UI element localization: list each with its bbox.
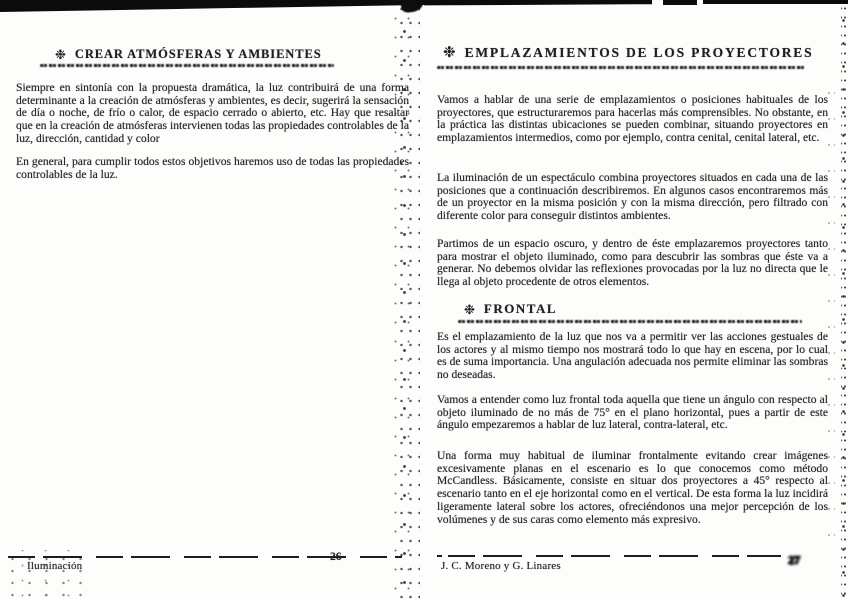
left-page-heading: ❉ CREAR ATMÓSFERAS Y AMBIENTES <box>55 47 322 62</box>
right-page-title: EMPLAZAMIENTOS DE LOS PROYECTORES <box>465 45 814 61</box>
paragraph: Siempre en sintonía con la propuesta dra… <box>16 82 409 146</box>
paragraph: Es el emplazamiento de la luz que nos va… <box>437 331 828 382</box>
frontal-subheading: ❉ FRONTAL <box>464 301 557 317</box>
heading-underline <box>40 64 334 67</box>
right-page-heading: ❉ EMPLAZAMIENTOS DE LOS PROYECTORES <box>443 45 813 61</box>
paragraph: En general, para cumplir todos estos obj… <box>16 156 409 181</box>
heading-underline <box>437 66 805 69</box>
ornament-icon: ❉ <box>443 47 456 60</box>
scan-top-edge <box>0 0 424 13</box>
scan-right-edge <box>841 4 847 599</box>
ornament-icon: ❉ <box>464 303 475 316</box>
paragraph: Una forma muy habitual de iluminar front… <box>437 450 828 526</box>
ornament-icon: ❉ <box>55 48 66 61</box>
scanned-book-spread: ❉ CREAR ATMÓSFERAS Y AMBIENTES Siempre e… <box>0 0 848 599</box>
running-footer-authors: J. C. Moreno y G. Linares <box>441 560 561 572</box>
scan-top-edge <box>663 0 697 5</box>
page-number: 27 <box>788 555 800 567</box>
subheading-underline <box>458 320 802 323</box>
scan-top-edge <box>424 0 652 6</box>
paragraph: La iluminación de un espectáculo combina… <box>437 172 828 223</box>
paragraph: Vamos a hablar de una serie de emplazami… <box>437 94 828 145</box>
footer-rule <box>8 556 402 558</box>
binding-gutter-blob <box>400 0 424 13</box>
subheading-title: FRONTAL <box>484 301 557 317</box>
left-page-title: CREAR ATMÓSFERAS Y AMBIENTES <box>75 47 322 62</box>
footer-rule <box>437 555 781 557</box>
scan-top-edge <box>703 0 848 4</box>
paragraph: Vamos a entender como luz frontal toda a… <box>437 394 828 432</box>
paragraph: Partimos de un espacio oscuro, y dentro … <box>437 238 828 289</box>
running-footer-title: Iluminación <box>27 560 82 572</box>
